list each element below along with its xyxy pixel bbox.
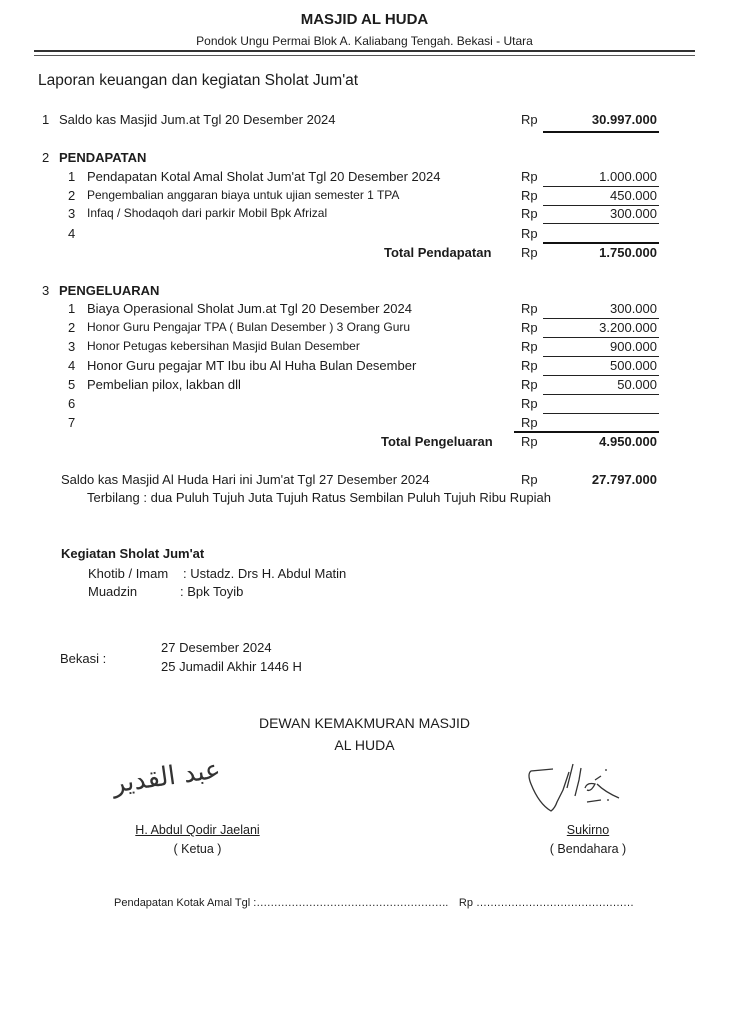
item-label: Pengembalian anggaran biaya untuk ujian … [87,188,399,202]
item-label: Pembelian pilox, lakban dll [87,377,241,392]
total-pendapatan-label: Total Pendapatan [384,245,491,260]
mosque-name: MASJID AL HUDA [0,11,729,28]
item-number: 4 [68,358,75,373]
currency-label: Rp [521,377,538,392]
amount-underline [543,186,659,187]
currency-label: Rp [521,320,538,335]
currency-label: Rp [521,112,538,127]
pengeluaran-heading: PENGELUARAN [59,283,159,298]
dewan-line2: AL HUDA [0,737,729,753]
total-pengeluaran-amount: 4.950.000 [542,434,657,449]
header-divider [34,50,695,56]
currency-label: Rp [521,245,538,260]
place-label: Bekasi : [60,651,106,666]
item-number: 3 [68,339,75,354]
pengeluaran-total-row: Total Pengeluaran Rp 4.950.000 [0,434,729,453]
pengeluaran-heading-row: 3 PENGELUARAN [0,283,729,302]
row-number: 1 [42,112,49,127]
khotib-value: : Ustadz. Drs H. Abdul Matin [183,566,346,581]
currency-label: Rp [521,472,538,487]
amount-underline [543,413,659,414]
date-gregorian: 27 Desember 2024 [161,640,272,655]
amount-underline [543,242,659,244]
item-label: Honor Guru Pengajar TPA ( Bulan Desember… [87,320,410,334]
item-amount: 450.000 [542,188,657,203]
currency-label: Rp [521,358,538,373]
item-number: 3 [68,206,75,221]
muadzin-value: : Bpk Toyib [180,584,243,599]
item-label: Infaq / Shodaqoh dari parkir Mobil Bpk A… [87,206,327,220]
item-number: 6 [68,396,75,411]
item-number: 5 [68,377,75,392]
item-number: 1 [68,169,75,184]
item-amount: 500.000 [542,358,657,373]
item-amount: 50.000 [542,377,657,392]
amount-underline [514,431,659,433]
muadzin-label: Muadzin [88,584,137,599]
amount-underline [543,131,659,133]
pendapatan-item: 2 Pengembalian anggaran biaya untuk ujia… [0,188,729,207]
bendahara-name: Sukirno [548,823,628,837]
pendapatan-item: 4 Rp [0,226,729,245]
item-label: Honor Petugas kebersihan Masjid Bulan De… [87,339,360,353]
item-amount: 300.000 [542,206,657,221]
footer-date-blank: ………………………………………………. [256,897,448,909]
item-number: 7 [68,415,75,430]
currency-label: Rp [521,226,538,241]
terbilang-text: Terbilang : dua Puluh Tujuh Juta Tujuh R… [87,490,551,505]
currency-label: Rp [521,301,538,316]
date-hijri: 25 Jumadil Akhir 1446 H [161,659,302,674]
report-title: Laporan keuangan dan kegiatan Sholat Jum… [38,72,358,90]
currency-label: Rp [521,188,538,203]
mosque-address: Pondok Ungu Permai Blok A. Kaliabang Ten… [0,34,729,48]
saldo-akhir-amount: 27.797.000 [542,472,657,487]
pengeluaran-item: 3 Honor Petugas kebersihan Masjid Bulan … [0,339,729,358]
pengeluaran-item: 4 Honor Guru pegajar MT Ibu ibu Al Huha … [0,358,729,377]
pendapatan-item: 1 Pendapatan Kotal Amal Sholat Jum'at Tg… [0,169,729,188]
ketua-signature: عبد القدير [110,755,222,800]
pengeluaran-item: 6 Rp [0,396,729,415]
pengeluaran-item: 2 Honor Guru Pengajar TPA ( Bulan Desemb… [0,320,729,339]
section-number: 2 [42,150,49,165]
currency-label: Rp [521,415,538,430]
amount-underline [543,223,659,224]
amount-underline [543,356,659,357]
saldo-awal-amount: 30.997.000 [542,112,657,127]
pengeluaran-item: 5 Pembelian pilox, lakban dll Rp 50.000 [0,377,729,396]
total-pendapatan-amount: 1.750.000 [542,245,657,260]
footer-amount-blank: ……………………………………… [476,897,634,909]
amount-underline [543,375,659,376]
bendahara-signature [525,762,645,824]
item-number: 2 [68,188,75,203]
item-number: 2 [68,320,75,335]
saldo-akhir-label: Saldo kas Masjid Al Huda Hari ini Jum'at… [61,472,430,487]
item-label: Biaya Operasional Sholat Jum.at Tgl 20 D… [87,301,412,316]
item-amount: 3.200.000 [542,320,657,335]
item-number: 1 [68,301,75,316]
pendapatan-item: 3 Infaq / Shodaqoh dari parkir Mobil Bpk… [0,206,729,225]
amount-underline [543,318,659,319]
pendapatan-heading-row: 2 PENDAPATAN [0,150,729,169]
section-number: 3 [42,283,49,298]
saldo-awal-label: Saldo kas Masjid Jum.at Tgl 20 Desember … [59,112,336,127]
currency-label: Rp [521,169,538,184]
currency-label: Rp [521,206,538,221]
footer-kotak-amal: Pendapatan Kotak Amal Tgl :…………………………………… [114,897,634,909]
pengeluaran-item: 1 Biaya Operasional Sholat Jum.at Tgl 20… [0,301,729,320]
footer-label: Pendapatan Kotak Amal Tgl : [114,897,256,909]
saldo-awal-row: 1 Saldo kas Masjid Jum.at Tgl 20 Desembe… [0,112,729,131]
item-number: 4 [68,226,75,241]
pendapatan-heading: PENDAPATAN [59,150,146,165]
pengeluaran-item: 7 Rp [0,415,729,434]
saldo-akhir-row: Saldo kas Masjid Al Huda Hari ini Jum'at… [0,472,729,491]
amount-underline [543,394,659,395]
dewan-line1: DEWAN KEMAKMURAN MASJID [0,715,729,731]
item-label: Honor Guru pegajar MT Ibu ibu Al Huha Bu… [87,358,416,373]
ketua-role: ( Ketua ) [110,842,285,856]
pendapatan-total-row: Total Pendapatan Rp 1.750.000 [0,245,729,264]
currency-label: Rp [521,396,538,411]
item-amount: 900.000 [542,339,657,354]
amount-underline [543,337,659,338]
item-label: Pendapatan Kotal Amal Sholat Jum'at Tgl … [87,169,440,184]
bendahara-role: ( Bendahara ) [533,842,643,856]
ketua-name: H. Abdul Qodir Jaelani [110,823,285,837]
footer-rp-label: Rp [459,897,473,909]
khotib-label: Khotib / Imam [88,566,168,581]
currency-label: Rp [521,434,538,449]
total-pengeluaran-label: Total Pengeluaran [381,434,493,449]
kegiatan-heading: Kegiatan Sholat Jum'at [61,546,204,561]
item-amount: 1.000.000 [542,169,657,184]
item-amount: 300.000 [542,301,657,316]
currency-label: Rp [521,339,538,354]
